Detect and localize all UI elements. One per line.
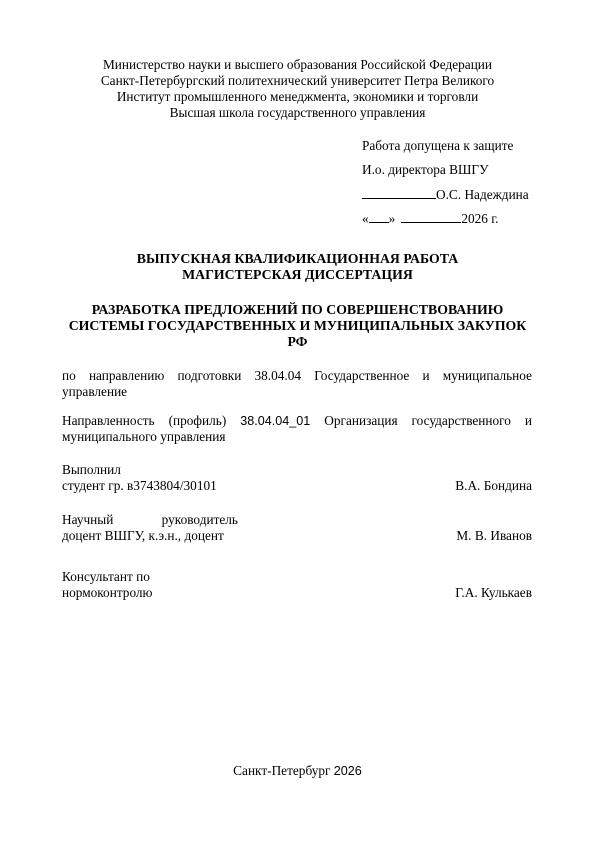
work-type-line-2: МАГИСТЕРСКАЯ ДИССЕРТАЦИЯ xyxy=(0,267,595,283)
supervisor-block: Научный руководитель доцент ВШГУ, к.э.н.… xyxy=(62,512,532,544)
institute-line: Институт промышленного менеджмента, экон… xyxy=(0,89,595,105)
thesis-title-line-3: РФ xyxy=(40,334,555,350)
executor-name: В.А. Бондина xyxy=(455,478,532,494)
consultant-label: Консультант по xyxy=(62,569,150,585)
date-open-quote: « xyxy=(362,211,369,226)
consultant-name: Г.А. Кулькаев xyxy=(455,585,532,601)
footer-city-year: Санкт-Петербург 2026 xyxy=(0,763,595,779)
institution-header: Министерство науки и высшего образования… xyxy=(0,57,595,121)
profile-paragraph: Направленность (профиль) 38.04.04_01 Орг… xyxy=(62,413,532,445)
profile-line-1: Направленность (профиль) 38.04.04_01 Орг… xyxy=(62,413,532,429)
document-page: { "header": { "lines": [ "Министерство н… xyxy=(0,0,595,841)
direction-paragraph: по направлению подготовки 38.04.04 Госуд… xyxy=(62,368,532,400)
school-line: Высшая школа государственного управления xyxy=(0,105,595,121)
profile-prefix: Направленность (профиль) xyxy=(62,413,226,428)
admitted-text: Работа допущена к защите xyxy=(362,138,562,162)
executor-block: Выполнил студент гр. в3743804/30101 В.А.… xyxy=(62,462,532,494)
approval-year: 2026 г. xyxy=(461,211,498,226)
director-position: И.о. директора ВШГУ xyxy=(362,162,562,186)
date-close-quote: » xyxy=(389,211,396,226)
consultant-block: Консультант по нормоконтролю Г.А. Кулька… xyxy=(62,569,532,601)
executor-label: Выполнил xyxy=(62,462,121,478)
director-signature-line: О.С. Надеждина xyxy=(362,186,562,210)
executor-role: студент гр. в3743804/30101 xyxy=(62,478,217,494)
footer-city: Санкт-Петербург xyxy=(233,763,330,778)
direction-line-1: по направлению подготовки 38.04.04 Госуд… xyxy=(62,368,532,384)
month-blank xyxy=(401,210,461,223)
work-type-line-1: ВЫПУСКНАЯ КВАЛИФИКАЦИОННАЯ РАБОТА xyxy=(0,251,595,267)
signature-blank xyxy=(362,186,436,199)
thesis-title-line-1: РАЗРАБОТКА ПРЕДЛОЖЕНИЙ ПО СОВЕРШЕНСТВОВА… xyxy=(40,302,555,318)
profile-line-2: муниципального управления xyxy=(62,429,226,444)
consultant-role: нормоконтролю xyxy=(62,585,153,601)
thesis-title-line-2: СИСТЕМЫ ГОСУДАРСТВЕННЫХ И МУНИЦИПАЛЬНЫХ … xyxy=(40,318,555,334)
thesis-title: РАЗРАБОТКА ПРЕДЛОЖЕНИЙ ПО СОВЕРШЕНСТВОВА… xyxy=(40,302,555,350)
footer-year: 2026 xyxy=(334,764,362,778)
supervisor-name: М. В. Иванов xyxy=(456,528,532,544)
supervisor-label: Научный руководитель xyxy=(62,512,238,528)
day-blank xyxy=(369,210,389,223)
supervisor-role: доцент ВШГУ, к.э.н., доцент xyxy=(62,528,224,544)
director-name: О.С. Надеждина xyxy=(436,187,529,202)
profile-code: 38.04.04_01 xyxy=(240,414,310,428)
university-line: Санкт-Петербургский политехнический унив… xyxy=(0,73,595,89)
ministry-line: Министерство науки и высшего образования… xyxy=(0,57,595,73)
profile-line-1-rest: Организация государственного и xyxy=(324,413,532,428)
direction-line-2: управление xyxy=(62,384,127,399)
approval-block: Работа допущена к защите И.о. директора … xyxy=(362,138,562,234)
work-type-heading: ВЫПУСКНАЯ КВАЛИФИКАЦИОННАЯ РАБОТА МАГИСТ… xyxy=(0,251,595,283)
approval-date-line: «»2026 г. xyxy=(362,210,562,234)
